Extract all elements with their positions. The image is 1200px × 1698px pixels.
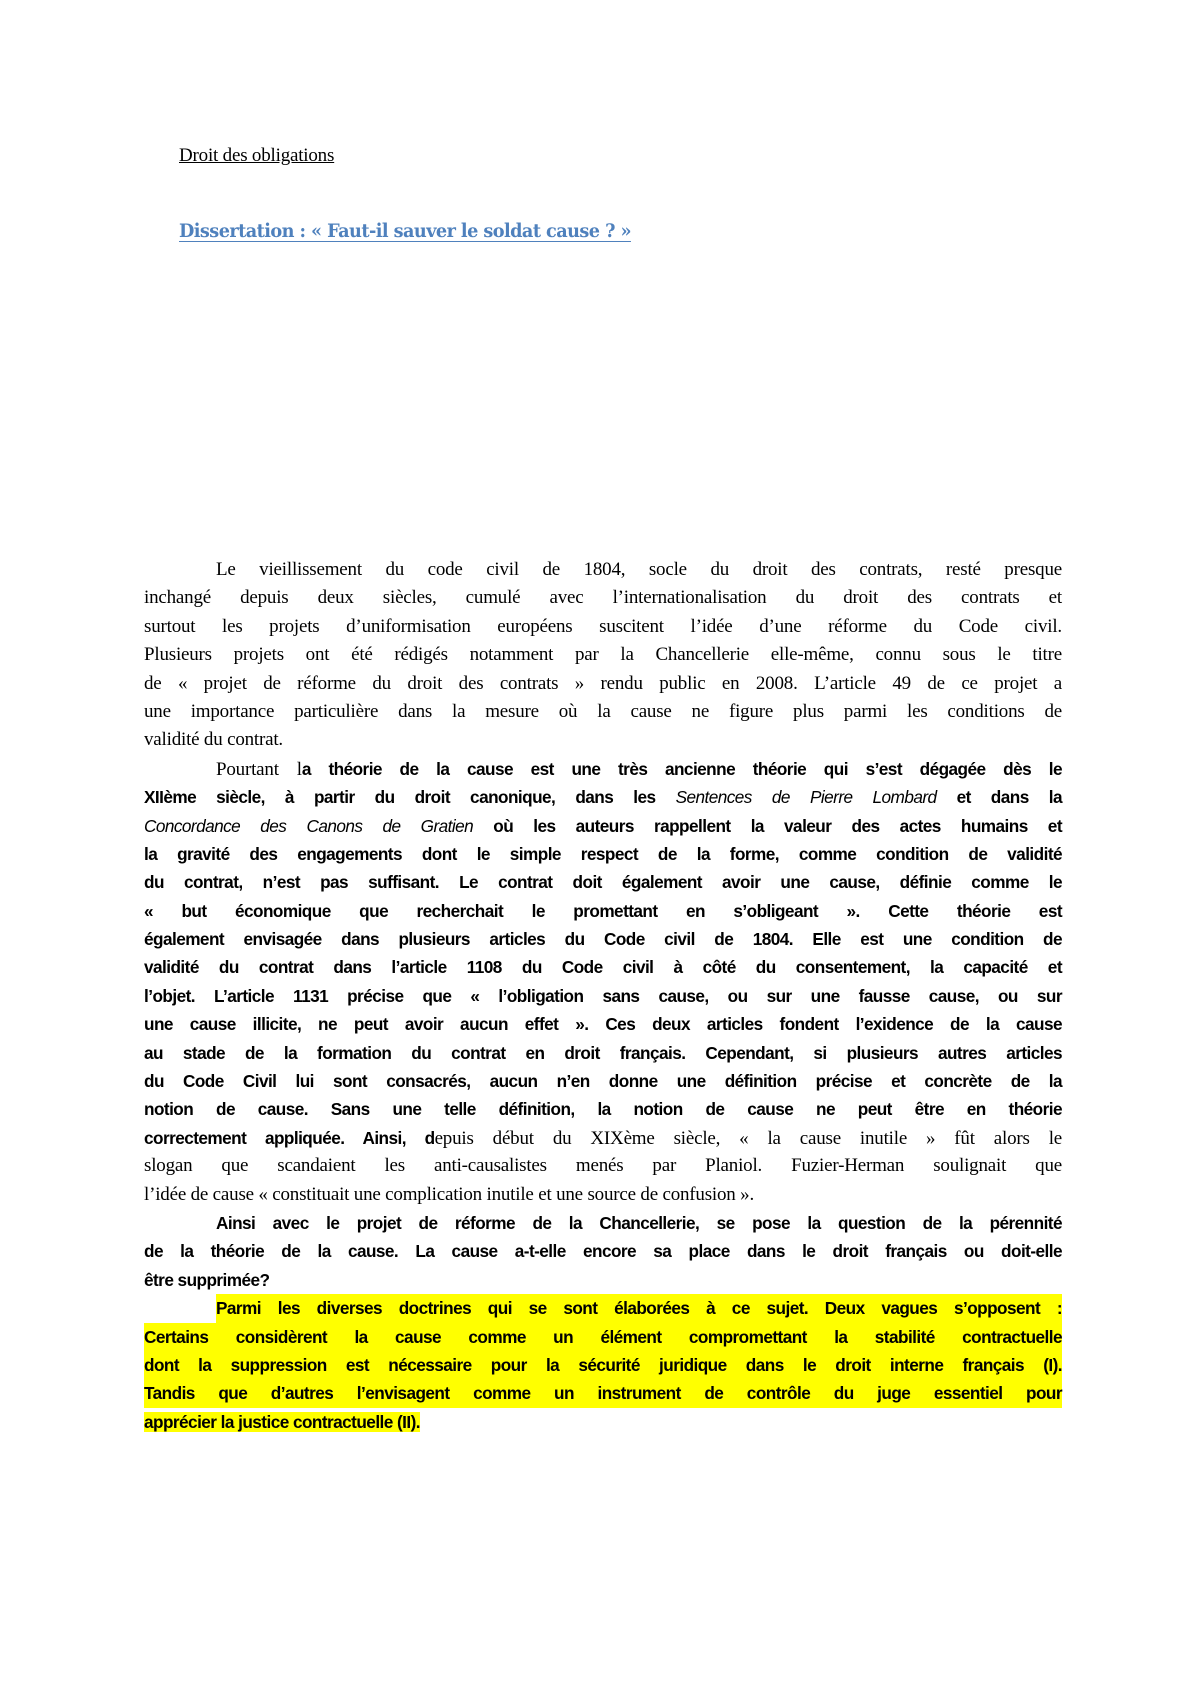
text-line: également envisagée dans plusieurs artic…: [144, 925, 1062, 953]
text-line: validité du contrat.: [144, 726, 1062, 754]
text-line: du Code Civil lui sont consacrés, aucun …: [144, 1067, 1062, 1095]
text-line: surtout les projets d’uniformisation eur…: [144, 613, 1062, 641]
paragraph-annonce-plan: Parmi les diverses doctrines qui se sont…: [144, 1294, 1062, 1436]
text-line: l’objet. L’article 1131 précise que « l’…: [144, 982, 1062, 1010]
text-line: Le vieillissement du code civil de 1804,…: [144, 556, 1062, 584]
italic-citation: Sentences de Pierre Lombard: [676, 787, 937, 807]
highlighted-line: Parmi les diverses doctrines qui se sont…: [144, 1294, 1062, 1322]
text-line: validité du contrat dans l’article 1108 …: [144, 953, 1062, 981]
text-line: apprécier la justice contractuelle (II).: [144, 1408, 1062, 1436]
text-run: a théorie de la cause est une très ancie…: [302, 759, 1062, 779]
text-line: XIIème siècle, à partir du droit canoniq…: [144, 783, 1062, 811]
paragraph-problematique: Ainsi avec le projet de réforme de la Ch…: [144, 1209, 1062, 1294]
text-line: « but économique que recherchait le prom…: [144, 897, 1062, 925]
text-line: de la théorie de la cause. La cause a-t-…: [144, 1237, 1062, 1265]
text-line: notion de cause. Sans une telle définiti…: [144, 1095, 1062, 1123]
text-line: Plusieurs projets ont été rédigés notamm…: [144, 641, 1062, 669]
highlighted-line: Certains considèrent la cause comme un é…: [144, 1323, 1062, 1351]
text-line: correctement appliquée. Ainsi, depuis dé…: [144, 1124, 1062, 1152]
text-line: Pourtant la théorie de la cause est une …: [144, 755, 1062, 783]
text-line: une cause illicite, ne peut avoir aucun …: [144, 1010, 1062, 1038]
text-line: du contrat, n’est pas suffisant. Le cont…: [144, 868, 1062, 896]
text-line: Concordance des Canons de Gratien où les…: [144, 812, 1062, 840]
text-line: slogan que scandaient les anti-causalist…: [144, 1152, 1062, 1180]
italic-citation: Concordance des Canons de Gratien: [144, 816, 473, 836]
highlighted-line: Tandis que d’autres l’envisagent comme u…: [144, 1379, 1062, 1407]
paragraph-theory: Pourtant la théorie de la cause est une …: [144, 755, 1062, 1209]
course-subject: Droit des obligations: [179, 145, 334, 167]
text-line: la gravité des engagements dont le simpl…: [144, 840, 1062, 868]
paragraph-intro: Le vieillissement du code civil de 1804,…: [144, 556, 1062, 755]
text-line: de « projet de réforme du droit des cont…: [144, 670, 1062, 698]
text-run: epuis début du XIXème siècle, « la cause…: [435, 1128, 1062, 1149]
highlighted-text: apprécier la justice contractuelle (II).: [144, 1412, 420, 1432]
text-run: Pourtant l: [216, 759, 302, 780]
text-run: où les auteurs rappellent la valeur des …: [473, 816, 1062, 836]
text-run: XIIème siècle, à partir du droit canoniq…: [144, 787, 676, 807]
text-line: inchangé depuis deux siècles, cumulé ave…: [144, 584, 1062, 612]
document-page: Droit des obligations Dissertation : « F…: [0, 0, 1200, 1698]
text-line: Ainsi avec le projet de réforme de la Ch…: [144, 1209, 1062, 1237]
text-line: une importance particulière dans la mesu…: [144, 698, 1062, 726]
text-line: l’idée de cause « constituait une compli…: [144, 1181, 1062, 1209]
dissertation-title: Dissertation : « Faut-il sauver le solda…: [179, 220, 631, 242]
highlighted-line: dont la suppression est nécessaire pour …: [144, 1351, 1062, 1379]
document-body: Le vieillissement du code civil de 1804,…: [144, 556, 1062, 1436]
text-line: être supprimée?: [144, 1266, 1062, 1294]
text-run: et dans la: [937, 787, 1062, 807]
text-line: au stade de la formation du contrat en d…: [144, 1039, 1062, 1067]
text-run: correctement appliquée. Ainsi, d: [144, 1128, 435, 1148]
